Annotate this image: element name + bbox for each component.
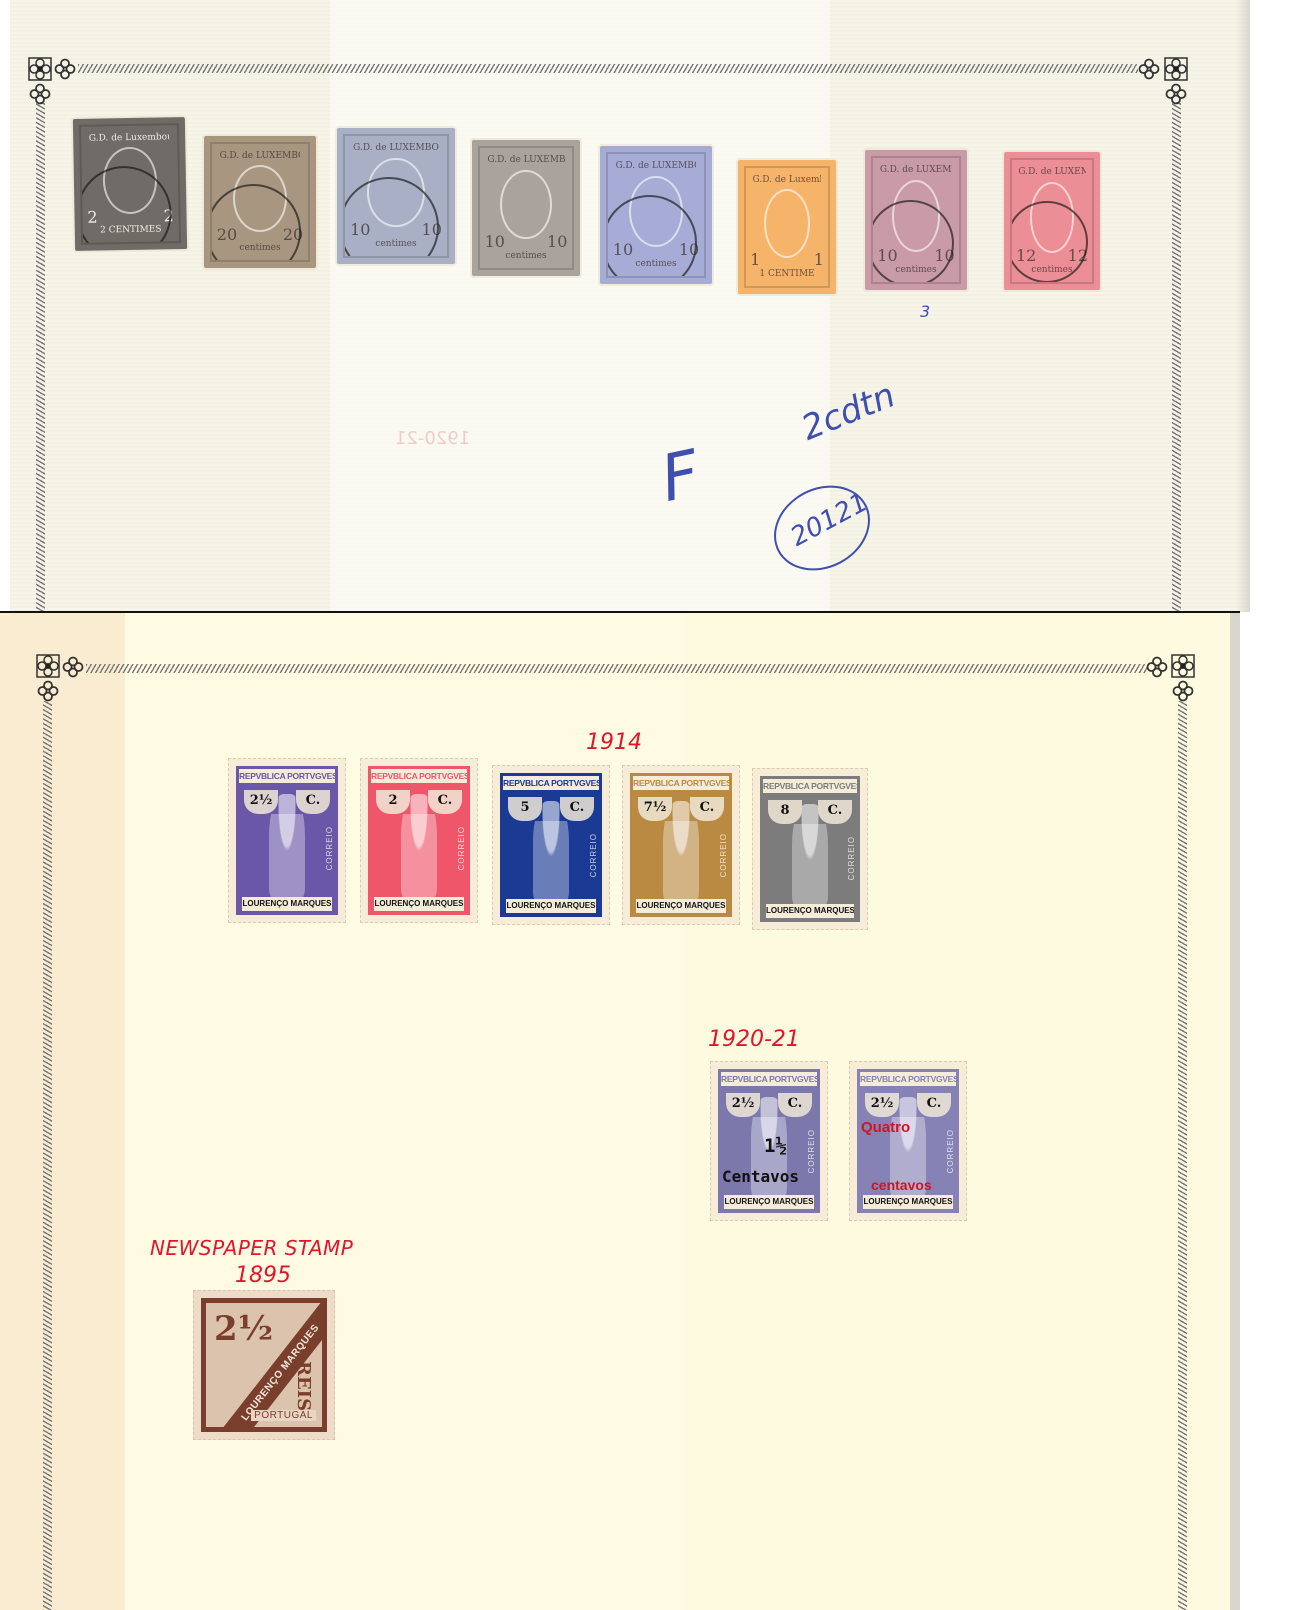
stamp-footer: LOURENÇO MARQUES	[766, 904, 854, 918]
stamp-value: 2½	[865, 1093, 899, 1117]
surcharge-line-2: centavos	[871, 1177, 932, 1193]
quatrefoil-ornament-icon	[1146, 656, 1168, 678]
page-border-right	[1172, 102, 1181, 612]
stamp-luxembourg[interactable]: G.D. de LUXEMBOURGcentimes1010	[600, 146, 712, 284]
page-border-top	[78, 64, 1138, 73]
postmark	[343, 177, 439, 258]
stamp-header: REPVBLICA PORTVGVESA	[503, 776, 599, 790]
stamp-inscription: G.D. de Luxembourg	[753, 175, 822, 185]
surcharge-line-2: Centavos	[722, 1167, 799, 1186]
quatrefoil-ornament-icon	[29, 83, 51, 105]
stamp-header: REPVBLICA PORTVGVESA	[633, 776, 729, 790]
stamp-inscription: G.D. de LUXEMBOURG	[220, 151, 301, 161]
album-page-lourenco-marques: 1914 1920-21 NEWSPAPER STAMP 1895 REPVBL…	[0, 613, 1240, 1610]
stamp-ceres[interactable]: REPVBLICA PORTVGVESA2½C.CORREIOLOURENÇO …	[849, 1061, 967, 1221]
stamp-ceres[interactable]: REPVBLICA PORTVGVESA8C.CORREIOLOURENÇO M…	[752, 768, 868, 930]
stamp-unit: C.	[818, 800, 852, 824]
quatrefoil-ornament-icon	[37, 680, 59, 702]
stamp-inscription: G.D. de LUXEMBOURG	[880, 165, 952, 175]
postmark	[606, 195, 697, 278]
stamp-luxembourg[interactable]: G.D. de LUXEMBOURGcentimes1010	[337, 128, 455, 264]
page-border-right	[1178, 701, 1187, 1610]
stamp-luxembourg[interactable]: G.D. de LUXEMBOURGcentimes1212	[1004, 152, 1100, 290]
section-subheading-1895: 1895	[235, 1263, 291, 1288]
stamp-denomination-text: 1 CENTIME	[753, 269, 822, 279]
stamp-newspaper-1895[interactable]: 2½ LOURENÇO MARQUES REIS PORTUGAL	[193, 1290, 335, 1440]
stamp-footer: LOURENÇO MARQUES	[863, 1195, 953, 1209]
stamp-header: REPVBLICA PORTVGVESA	[721, 1072, 817, 1086]
stamp-inscription: G.D. de LUXEMBOURG	[1018, 167, 1085, 177]
corner-ornament-icon	[1163, 56, 1189, 82]
stamp-value: 1	[814, 250, 824, 269]
section-heading-1914: 1914	[586, 730, 642, 755]
corner-ornament-icon	[1170, 653, 1196, 679]
stamp-country: PORTUGAL	[251, 1410, 316, 1421]
stamp-unit: C.	[690, 797, 724, 821]
corner-ornament-icon	[35, 653, 61, 679]
stamp-header: REPVBLICA PORTVGVESA	[860, 1072, 956, 1086]
ghost-annotation: 1920-21	[395, 428, 470, 449]
stamp-side-text: CORREIO	[325, 826, 334, 870]
page-border-left	[36, 102, 45, 612]
quatrefoil-ornament-icon	[1172, 680, 1194, 702]
stamp-ceres[interactable]: REPVBLICA PORTVGVESA5C.CORREIOLOURENÇO M…	[492, 765, 610, 925]
stamp-value: 5	[508, 797, 542, 821]
stamp-side-text: CORREIO	[946, 1129, 955, 1173]
postmark	[210, 184, 301, 262]
stamp-header: REPVBLICA PORTVGVESA	[239, 769, 335, 783]
stamp-unit: C.	[917, 1093, 951, 1117]
stamp-header: REPVBLICA PORTVGVESA	[763, 779, 857, 793]
stamp-luxembourg[interactable]: G.D. de LUXEMBOURGcentimes2020	[204, 136, 316, 268]
stamp-value: 2½	[244, 790, 278, 814]
quatrefoil-ornament-icon	[62, 656, 84, 678]
section-heading-newspaper: NEWSPAPER STAMP	[150, 1236, 353, 1260]
album-page-luxembourg: G.D. de Luxembourg2 CENTIMES22G.D. de LU…	[10, 0, 1250, 612]
stamp-luxembourg[interactable]: G.D. de LUXEMBOURGcentimes1010	[472, 140, 580, 276]
postmark	[871, 200, 954, 284]
stamp-side-text: CORREIO	[589, 833, 598, 877]
quatrefoil-ornament-icon	[54, 58, 76, 80]
stamp-value: 2½	[726, 1093, 760, 1117]
stamp-inscription: G.D. de LUXEMBOURG	[616, 161, 697, 171]
annotation-mark: 3	[920, 302, 930, 321]
stamp-footer: LOURENÇO MARQUES	[506, 899, 596, 913]
stamp-ceres[interactable]: REPVBLICA PORTVGVESA2½C.CORREIOLOURENÇO …	[228, 758, 346, 923]
stamp-footer: LOURENÇO MARQUES	[242, 897, 332, 911]
surcharge-line-1: Quatro	[861, 1119, 910, 1136]
stamp-unit: C.	[778, 1093, 812, 1117]
stamp-value: 2	[376, 790, 410, 814]
stamp-side-text: CORREIO	[719, 833, 728, 877]
stamp-unit: C.	[560, 797, 594, 821]
stamp-footer: LOURENÇO MARQUES	[374, 897, 464, 911]
page-border-top	[86, 664, 1148, 673]
stamp-header: REPVBLICA PORTVGVESA	[371, 769, 467, 783]
stamp-inscription: G.D. de Luxembourg	[89, 132, 170, 143]
stamp-ceres[interactable]: REPVBLICA PORTVGVESA7½C.CORREIOLOURENÇO …	[622, 765, 740, 925]
stamp-side-text: CORREIO	[457, 826, 466, 870]
postmark	[1010, 201, 1088, 283]
stamp-value: 1	[750, 250, 760, 269]
stamp-currency: REIS	[293, 1361, 314, 1411]
stamp-luxembourg[interactable]: G.D. de Luxembourg1 CENTIME11	[738, 160, 836, 294]
stamp-value: 8	[768, 800, 802, 824]
postmark	[79, 165, 173, 245]
stamp-luxembourg[interactable]: G.D. de LUXEMBOURGcentimes1010	[865, 150, 967, 290]
surcharge-line-1: 1½	[764, 1135, 787, 1157]
stamp-inscription: G.D. de LUXEMBOURG	[487, 155, 564, 165]
stamp-value: 2½	[214, 1309, 273, 1349]
section-heading-1920-21: 1920-21	[708, 1027, 800, 1052]
stamp-unit: C.	[428, 790, 462, 814]
stamp-unit: C.	[296, 790, 330, 814]
stamp-ceres[interactable]: REPVBLICA PORTVGVESA2C.CORREIOLOURENÇO M…	[360, 758, 478, 923]
quatrefoil-ornament-icon	[1138, 58, 1160, 80]
stamp-footer: LOURENÇO MARQUES	[636, 899, 726, 913]
stamp-side-text: CORREIO	[847, 836, 856, 880]
stamp-footer: LOURENÇO MARQUES	[724, 1195, 814, 1209]
stamp-luxembourg[interactable]: G.D. de Luxembourg2 CENTIMES22	[73, 117, 187, 251]
corner-ornament-icon	[27, 56, 53, 82]
stamp-ceres[interactable]: REPVBLICA PORTVGVESA2½C.CORREIOLOURENÇO …	[710, 1061, 828, 1221]
stamp-inscription: G.D. de LUXEMBOURG	[353, 143, 439, 153]
stamp-value: 10	[547, 232, 567, 251]
stamp-denomination-text: centimes	[487, 251, 564, 261]
page-border-left	[43, 701, 52, 1610]
stamp-value: 7½	[638, 797, 672, 821]
quatrefoil-ornament-icon	[1165, 83, 1187, 105]
stamp-value: 10	[485, 232, 505, 251]
stamp-side-text: CORREIO	[807, 1129, 816, 1173]
